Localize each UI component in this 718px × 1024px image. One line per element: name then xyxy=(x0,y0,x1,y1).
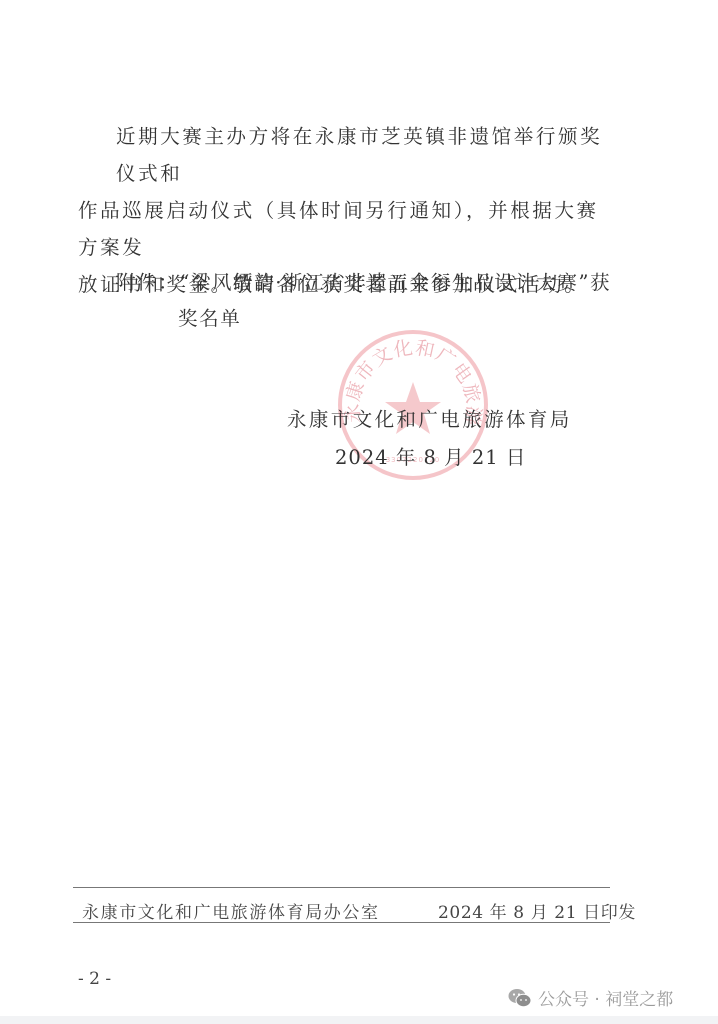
attachment-title: “梁风缙韵·浙江省非遗五金衍生品设计大赛”获 xyxy=(179,271,611,294)
paragraph-line: 作品巡展启动仪式（具体时间另行通知），并根据大赛方案发 xyxy=(78,192,618,266)
attachment-note: 附件：“梁风缙韵·浙江省非遗五金衍生品设计大赛”获 奖名单 xyxy=(116,265,611,337)
footer-bottom-rule xyxy=(73,922,610,923)
footer-issuer: 永康市文化和广电旅游体育局办公室 xyxy=(82,898,380,923)
page-number: - 2 - xyxy=(78,969,111,989)
attachment-title-cont: 奖名单 xyxy=(116,301,611,337)
signature-organization: 永康市文化和广电旅游体育局 xyxy=(287,404,572,432)
footer-issue-date: 2024 年 8 月 21 日印发 xyxy=(438,898,636,923)
footer-top-rule xyxy=(73,887,610,888)
paragraph-line: 近期大赛主办方将在永康市芝英镇非遗馆举行颁奖仪式和 xyxy=(78,118,618,192)
document-page: 近期大赛主办方将在永康市芝英镇非遗馆举行颁奖仪式和 作品巡展启动仪式（具体时间另… xyxy=(0,0,718,1016)
wechat-watermark: 公众号 · 祠堂之都 xyxy=(508,985,673,1010)
watermark-text: 公众号 · 祠堂之都 xyxy=(538,985,673,1010)
signature-date: 2024 年 8 月 21 日 xyxy=(335,442,526,470)
wechat-icon xyxy=(508,988,532,1008)
attachment-label: 附件： xyxy=(116,271,179,294)
bottom-strip xyxy=(0,1016,718,1024)
